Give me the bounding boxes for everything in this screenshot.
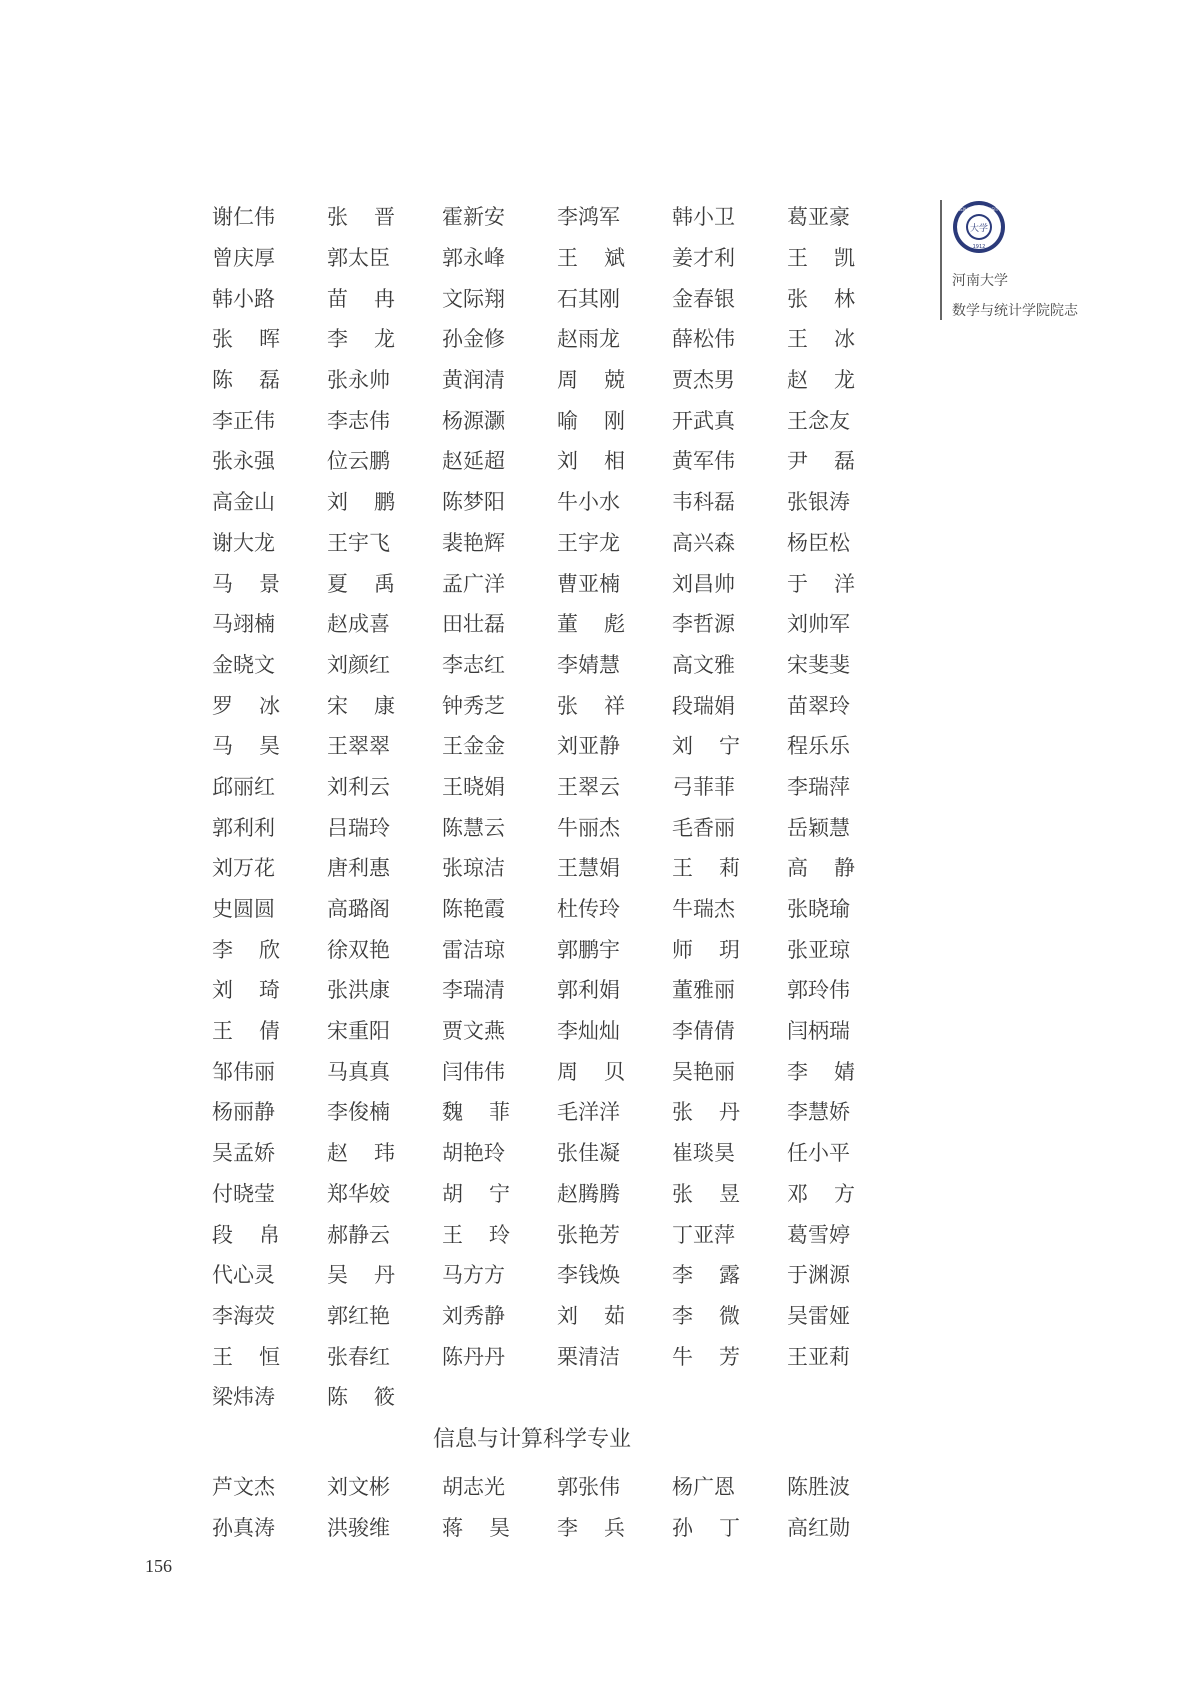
name-row: 高金山刘鹏陈梦阳牛小水韦科磊张银涛	[212, 481, 902, 522]
name-cell: 杜传玲	[557, 893, 672, 923]
name-row: 李正伟李志伟杨源灏喻刚开武真王念友	[212, 399, 902, 440]
name-cell: 杨臣松	[787, 527, 902, 557]
name-cell: 夏禹	[327, 568, 395, 598]
name-row: 梁炜涛陈筱	[212, 1376, 902, 1417]
name-cell: 金春银	[672, 283, 787, 313]
name-cell: 王宇龙	[557, 527, 672, 557]
name-cell: 薛松伟	[672, 323, 787, 353]
name-cell: 喻刚	[557, 405, 625, 435]
name-cell: 文际翔	[442, 283, 557, 313]
name-cell: 王冰	[787, 323, 855, 353]
name-row: 陈磊张永帅黄润清周兢贾杰男赵龙	[212, 359, 902, 400]
name-cell: 刘利云	[327, 771, 442, 801]
name-cell: 石其刚	[557, 283, 672, 313]
name-cell: 李倩倩	[672, 1015, 787, 1045]
name-cell: 段帛	[212, 1219, 280, 1249]
name-cell: 张银涛	[787, 486, 902, 516]
name-cell: 邱丽红	[212, 771, 327, 801]
name-row: 吴孟娇赵玮胡艳玲张佳凝崔琰昊任小平	[212, 1132, 902, 1173]
name-row: 谢大龙王宇飞裴艳辉王宇龙高兴森杨臣松	[212, 522, 902, 563]
name-cell: 牛瑞杰	[672, 893, 787, 923]
name-cell: 张晓瑜	[787, 893, 902, 923]
svg-text:大学: 大学	[970, 222, 988, 234]
name-cell: 钟秀芝	[442, 690, 557, 720]
name-cell: 霍新安	[442, 201, 557, 231]
name-cell: 郭利利	[212, 812, 327, 842]
name-row: 段帛郝静云王玲张艳芳丁亚萍葛雪婷	[212, 1213, 902, 1254]
henan-university-logo-icon: 大学 1912 HENAN UNIVERSITY	[952, 200, 1006, 254]
name-cell: 张晋	[327, 201, 395, 231]
name-cell: 孙真涛	[212, 1512, 327, 1542]
name-cell: 张晖	[212, 323, 280, 353]
name-cell: 韩小路	[212, 283, 327, 313]
name-cell: 陈筱	[327, 1381, 395, 1411]
name-cell: 位云鹏	[327, 445, 442, 475]
school-name: 河南大学	[952, 270, 1008, 290]
name-row: 李海荧郭红艳刘秀静刘茹李微吴雷娅	[212, 1295, 902, 1336]
name-cell: 郑华姣	[327, 1178, 442, 1208]
name-cell: 张艳芳	[557, 1219, 672, 1249]
name-cell: 杨丽静	[212, 1096, 327, 1126]
name-cell: 高静	[787, 852, 855, 882]
name-row: 马翊楠赵成喜田壮磊董彪李哲源刘帅军	[212, 603, 902, 644]
name-row: 刘万花唐利惠张琼洁王慧娟王莉高静	[212, 847, 902, 888]
name-cell: 于渊源	[787, 1259, 902, 1289]
name-row: 王倩宋重阳贾文燕李灿灿李倩倩闫柄瑞	[212, 1010, 902, 1051]
name-cell: 梁炜涛	[212, 1381, 327, 1411]
name-cell: 张永强	[212, 445, 327, 475]
name-cell: 刘颜红	[327, 649, 442, 679]
name-cell: 刘亚静	[557, 730, 672, 760]
name-row: 曾庆厚郭太臣郭永峰王斌姜才利王凯	[212, 237, 902, 278]
name-cell: 赵玮	[327, 1137, 395, 1167]
name-row: 马昊王翠翠王金金刘亚静刘宁程乐乐	[212, 725, 902, 766]
name-cell: 邓方	[787, 1178, 855, 1208]
name-row: 韩小路苗冉文际翔石其刚金春银张林	[212, 277, 902, 318]
name-cell: 李哲源	[672, 608, 787, 638]
name-cell: 李海荧	[212, 1300, 327, 1330]
name-cell: 毛香丽	[672, 812, 787, 842]
header-divider	[940, 200, 942, 320]
name-cell: 王玲	[442, 1219, 510, 1249]
name-cell: 吴丹	[327, 1259, 395, 1289]
name-cell: 刘文彬	[327, 1471, 442, 1501]
name-cell: 马翊楠	[212, 608, 327, 638]
name-cell: 李瑞清	[442, 974, 557, 1004]
name-cell: 牛丽杰	[557, 812, 672, 842]
name-cell: 谢仁伟	[212, 201, 327, 231]
name-cell: 宋康	[327, 690, 395, 720]
name-cell: 赵腾腾	[557, 1178, 672, 1208]
name-cell: 张亚琼	[787, 934, 902, 964]
name-cell: 代心灵	[212, 1259, 327, 1289]
name-cell: 洪骏维	[327, 1512, 442, 1542]
name-cell: 付晓莹	[212, 1178, 327, 1208]
name-row: 邹伟丽马真真闫伟伟周贝吴艳丽李婧	[212, 1050, 902, 1091]
name-cell: 刘宁	[672, 730, 740, 760]
name-cell: 芦文杰	[212, 1471, 327, 1501]
name-cell: 程乐乐	[787, 730, 902, 760]
name-cell: 刘昌帅	[672, 568, 787, 598]
name-cell: 牛芳	[672, 1341, 740, 1371]
name-cell: 郭鹏宇	[557, 934, 672, 964]
name-cell: 王莉	[672, 852, 740, 882]
name-cell: 蒋昊	[442, 1512, 510, 1542]
name-cell: 谢大龙	[212, 527, 327, 557]
name-cell: 李俊楠	[327, 1096, 442, 1126]
name-cell: 唐利惠	[327, 852, 442, 882]
name-cell: 弓菲菲	[672, 771, 787, 801]
name-row: 谢仁伟张晋霍新安李鸿军韩小卫葛亚豪	[212, 196, 902, 237]
page-number: 156	[145, 1556, 172, 1577]
name-row: 王恒张春红陈丹丹栗清洁牛芳王亚莉	[212, 1335, 902, 1376]
name-row: 杨丽静李俊楠魏菲毛洋洋张丹李慧娇	[212, 1091, 902, 1132]
name-cell: 尹磊	[787, 445, 855, 475]
name-cell: 王念友	[787, 405, 902, 435]
name-row: 张晖李龙孙金修赵雨龙薛松伟王冰	[212, 318, 902, 359]
name-cell: 张永帅	[327, 364, 442, 394]
name-cell: 张春红	[327, 1341, 442, 1371]
name-cell: 李瑞萍	[787, 771, 902, 801]
name-row: 李欣徐双艳雷洁琼郭鹏宇师玥张亚琼	[212, 928, 902, 969]
name-cell: 王亚莉	[787, 1341, 902, 1371]
name-cell: 李露	[672, 1259, 740, 1289]
name-cell: 马方方	[442, 1259, 557, 1289]
name-cell: 陈慧云	[442, 812, 557, 842]
name-cell: 赵龙	[787, 364, 855, 394]
name-cell: 张昱	[672, 1178, 740, 1208]
name-cell: 贾杰男	[672, 364, 787, 394]
name-cell: 吴孟娇	[212, 1137, 327, 1167]
name-cell: 毛洋洋	[557, 1096, 672, 1126]
name-cell: 张林	[787, 283, 855, 313]
name-cell: 郭玲伟	[787, 974, 902, 1004]
name-cell: 高文雅	[672, 649, 787, 679]
name-row: 张永强位云鹏赵延超刘相黄军伟尹磊	[212, 440, 902, 481]
name-row: 金晓文刘颜红李志红李婧慧高文雅宋斐斐	[212, 644, 902, 685]
name-cell: 李龙	[327, 323, 395, 353]
name-cell: 崔琰昊	[672, 1137, 787, 1167]
name-cell: 马真真	[327, 1056, 442, 1086]
name-cell: 王凯	[787, 242, 855, 272]
name-cell: 王斌	[557, 242, 625, 272]
name-cell: 李微	[672, 1300, 740, 1330]
name-cell: 王翠云	[557, 771, 672, 801]
name-cell: 李婧慧	[557, 649, 672, 679]
name-cell: 宋斐斐	[787, 649, 902, 679]
name-cell: 刘琦	[212, 974, 280, 1004]
name-cell: 王恒	[212, 1341, 280, 1371]
name-cell: 胡志光	[442, 1471, 557, 1501]
name-cell: 郝静云	[327, 1219, 442, 1249]
name-cell: 栗清洁	[557, 1341, 672, 1371]
name-cell: 于洋	[787, 568, 855, 598]
name-cell: 曾庆厚	[212, 242, 327, 272]
name-cell: 郭张伟	[557, 1471, 672, 1501]
name-cell: 胡宁	[442, 1178, 510, 1208]
name-cell: 王金金	[442, 730, 557, 760]
name-cell: 王宇飞	[327, 527, 442, 557]
name-cell: 孟广洋	[442, 568, 557, 598]
name-cell: 徐双艳	[327, 934, 442, 964]
name-cell: 曹亚楠	[557, 568, 672, 598]
name-cell: 田壮磊	[442, 608, 557, 638]
name-cell: 李慧娇	[787, 1096, 902, 1126]
name-cell: 陈丹丹	[442, 1341, 557, 1371]
name-row: 刘琦张洪康李瑞清郭利娟董雅丽郭玲伟	[212, 969, 902, 1010]
name-cell: 董雅丽	[672, 974, 787, 1004]
name-cell: 赵延超	[442, 445, 557, 475]
svg-text:1912: 1912	[973, 244, 986, 250]
name-cell: 张祥	[557, 690, 625, 720]
name-cell: 杨广恩	[672, 1471, 787, 1501]
name-cell: 张佳凝	[557, 1137, 672, 1167]
name-cell: 高兴森	[672, 527, 787, 557]
name-cell: 丁亚萍	[672, 1219, 787, 1249]
name-cell: 刘秀静	[442, 1300, 557, 1330]
name-cell: 陈磊	[212, 364, 280, 394]
name-cell: 马景	[212, 568, 280, 598]
name-cell: 张琼洁	[442, 852, 557, 882]
name-cell: 郭利娟	[557, 974, 672, 1004]
name-cell: 苗翠玲	[787, 690, 902, 720]
name-row: 芦文杰刘文彬胡志光郭张伟杨广恩陈胜波	[212, 1466, 902, 1507]
name-cell: 金晓文	[212, 649, 327, 679]
name-cell: 李志红	[442, 649, 557, 679]
name-cell: 孙丁	[672, 1512, 740, 1542]
name-row: 马景夏禹孟广洋曹亚楠刘昌帅于洋	[212, 562, 902, 603]
name-cell: 陈梦阳	[442, 486, 557, 516]
name-cell: 刘万花	[212, 852, 327, 882]
name-cell: 陈胜波	[787, 1471, 902, 1501]
name-cell: 雷洁琼	[442, 934, 557, 964]
name-cell: 李灿灿	[557, 1015, 672, 1045]
name-cell: 李正伟	[212, 405, 327, 435]
name-cell: 周贝	[557, 1056, 625, 1086]
name-cell: 李兵	[557, 1512, 625, 1542]
svg-text:HENAN UNIVERSITY: HENAN UNIVERSITY	[957, 207, 1001, 213]
name-cell: 罗冰	[212, 690, 280, 720]
name-cell: 郭太臣	[327, 242, 442, 272]
name-row: 付晓莹郑华姣胡宁赵腾腾张昱邓方	[212, 1173, 902, 1214]
name-cell: 周兢	[557, 364, 625, 394]
name-cell: 吴雷娅	[787, 1300, 902, 1330]
name-row: 孙真涛洪骏维蒋昊李兵孙丁高红勋	[212, 1507, 902, 1548]
department-name: 数学与统计学院院志	[952, 300, 1078, 320]
name-cell: 胡艳玲	[442, 1137, 557, 1167]
name-cell: 闫柄瑞	[787, 1015, 902, 1045]
name-cell: 裴艳辉	[442, 527, 557, 557]
name-row: 罗冰宋康钟秀芝张祥段瑞娟苗翠玲	[212, 684, 902, 725]
name-cell: 张丹	[672, 1096, 740, 1126]
name-cell: 刘相	[557, 445, 625, 475]
name-cell: 葛亚豪	[787, 201, 902, 231]
name-cell: 韦科磊	[672, 486, 787, 516]
name-cell: 李欣	[212, 934, 280, 964]
name-cell: 魏菲	[442, 1096, 510, 1126]
section-title: 信息与计算科学专业	[0, 1422, 1064, 1453]
name-cell: 刘鹏	[327, 486, 395, 516]
name-cell: 吕瑞玲	[327, 812, 442, 842]
name-cell: 李志伟	[327, 405, 442, 435]
name-cell: 师玥	[672, 934, 740, 964]
name-cell: 董彪	[557, 608, 625, 638]
name-cell: 闫伟伟	[442, 1056, 557, 1086]
name-row: 郭利利吕瑞玲陈慧云牛丽杰毛香丽岳颖慧	[212, 806, 902, 847]
section-name-list: 芦文杰刘文彬胡志光郭张伟杨广恩陈胜波孙真涛洪骏维蒋昊李兵孙丁高红勋	[212, 1466, 902, 1547]
name-cell: 史圆圆	[212, 893, 327, 923]
name-row: 史圆圆高璐阁陈艳霞杜传玲牛瑞杰张晓瑜	[212, 888, 902, 929]
name-cell: 葛雪婷	[787, 1219, 902, 1249]
name-cell: 高璐阁	[327, 893, 442, 923]
name-cell: 贾文燕	[442, 1015, 557, 1045]
name-cell: 刘茹	[557, 1300, 625, 1330]
name-cell: 韩小卫	[672, 201, 787, 231]
name-cell: 宋重阳	[327, 1015, 442, 1045]
name-cell: 段瑞娟	[672, 690, 787, 720]
name-cell: 牛小水	[557, 486, 672, 516]
name-cell: 王倩	[212, 1015, 280, 1045]
name-cell: 姜才利	[672, 242, 787, 272]
name-cell: 马昊	[212, 730, 280, 760]
name-cell: 任小平	[787, 1137, 902, 1167]
name-cell: 岳颖慧	[787, 812, 902, 842]
name-cell: 郭永峰	[442, 242, 557, 272]
name-cell: 张洪康	[327, 974, 442, 1004]
name-cell: 高金山	[212, 486, 327, 516]
name-cell: 王晓娟	[442, 771, 557, 801]
name-cell: 吴艳丽	[672, 1056, 787, 1086]
name-cell: 开武真	[672, 405, 787, 435]
name-cell: 陈艳霞	[442, 893, 557, 923]
name-cell: 王慧娟	[557, 852, 672, 882]
name-cell: 李鸿军	[557, 201, 672, 231]
name-cell: 邹伟丽	[212, 1056, 327, 1086]
name-cell: 苗冉	[327, 283, 395, 313]
name-cell: 黄润清	[442, 364, 557, 394]
name-cell: 孙金修	[442, 323, 557, 353]
name-cell: 郭红艳	[327, 1300, 442, 1330]
name-cell: 高红勋	[787, 1512, 902, 1542]
name-row: 代心灵吴丹马方方李钱焕李露于渊源	[212, 1254, 902, 1295]
name-cell: 赵成喜	[327, 608, 442, 638]
name-cell: 黄军伟	[672, 445, 787, 475]
name-cell: 李婧	[787, 1056, 855, 1086]
name-cell: 刘帅军	[787, 608, 902, 638]
name-list: 谢仁伟张晋霍新安李鸿军韩小卫葛亚豪曾庆厚郭太臣郭永峰王斌姜才利王凯韩小路苗冉文际…	[212, 196, 902, 1417]
name-cell: 杨源灏	[442, 405, 557, 435]
name-cell: 李钱焕	[557, 1259, 672, 1289]
name-row: 邱丽红刘利云王晓娟王翠云弓菲菲李瑞萍	[212, 766, 902, 807]
name-cell: 王翠翠	[327, 730, 442, 760]
name-cell: 赵雨龙	[557, 323, 672, 353]
